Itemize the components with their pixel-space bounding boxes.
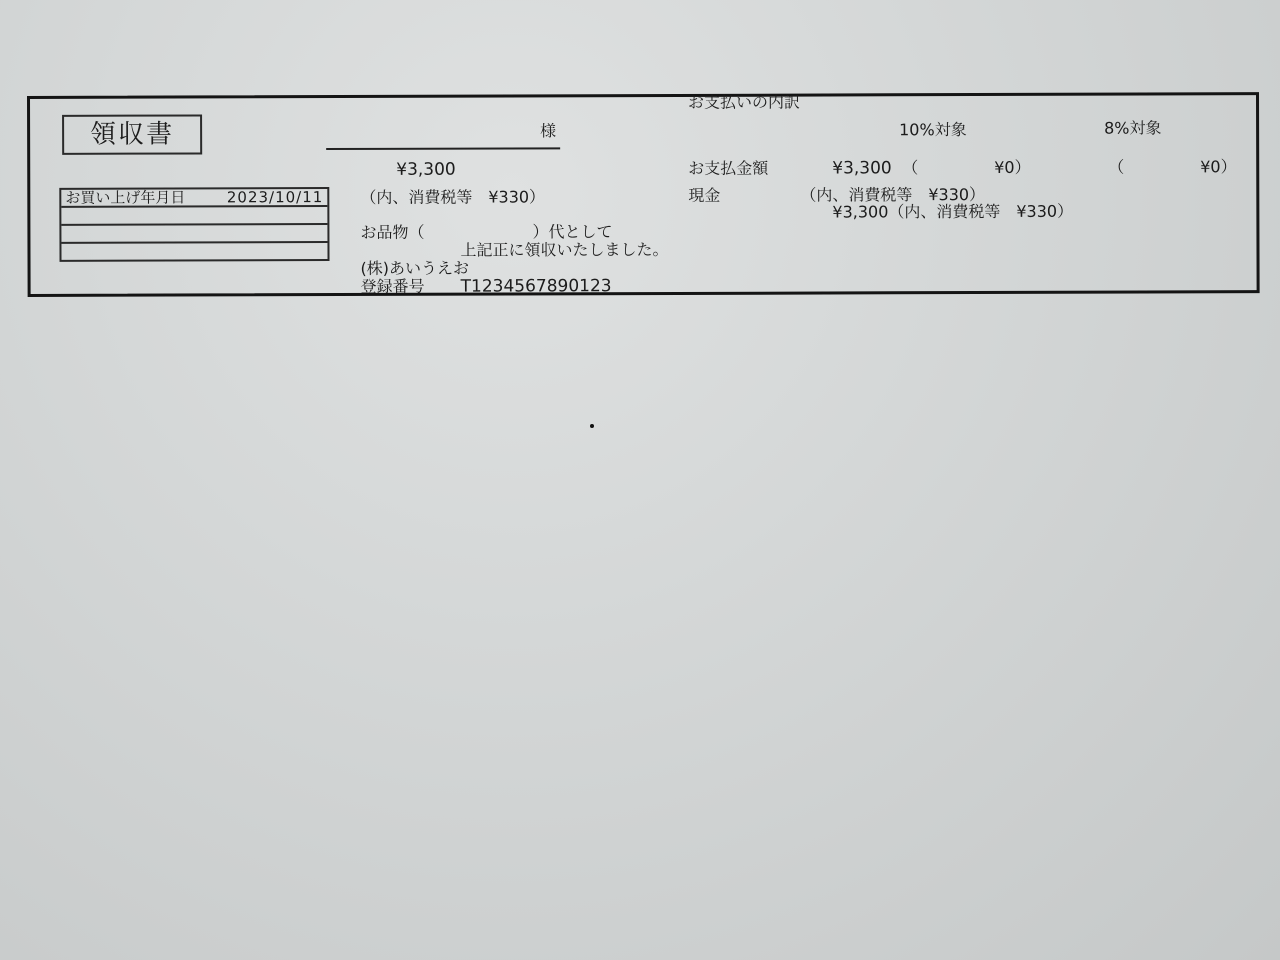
purchase-date-label: お買い上げ年月日 [65,190,185,206]
company-name: (株)あいうえお [361,260,470,278]
registration-number: T1234567890123 [461,277,612,295]
paren-open-8: （ [1108,159,1124,177]
payment-amount-label: お支払金額 [688,160,768,178]
tax-included-note: （内、消費税等 ¥330） [360,188,545,207]
receipt-document: 領収書 お買い上げ年月日 2023/10/11 様 ¥3,300 （内、消費税等… [27,92,1260,297]
stray-dot-mark [590,424,594,428]
recipient-suffix: 様 [540,122,556,140]
cash-total-line: ¥3,300（内、消費税等 ¥330） [832,203,1073,222]
recipient-name-line [326,147,560,150]
empty-row [61,225,327,244]
received-statement: 上記正に領収いたしました。 [460,241,668,260]
purchase-date-table: お買い上げ年月日 2023/10/11 [59,187,329,262]
registration-label: 登録番号 [361,278,425,296]
payment-breakdown-heading: お支払いの内訳 [688,94,800,112]
total-amount: ¥3,300 [396,161,456,179]
column-8-percent: 8%対象 [1104,119,1161,137]
empty-row [61,207,327,226]
payment-amount-10: ¥3,300 [832,159,892,177]
purchase-date-row: お買い上げ年月日 2023/10/11 [61,189,327,208]
item-label: お品物（ [360,224,424,242]
cash-label: 現金 [688,187,720,205]
purchase-date-value: 2023/10/11 [227,189,324,205]
paren-value-8: ¥0） [1200,158,1236,176]
item-suffix: ）代として [532,223,612,241]
paren-open-10: （ [902,159,918,177]
empty-row [61,243,327,260]
receipt-title: 領収書 [90,120,174,150]
paren-value-10: ¥0） [994,159,1030,177]
receipt-title-box: 領収書 [62,114,202,154]
column-10-percent: 10%対象 [899,121,967,139]
